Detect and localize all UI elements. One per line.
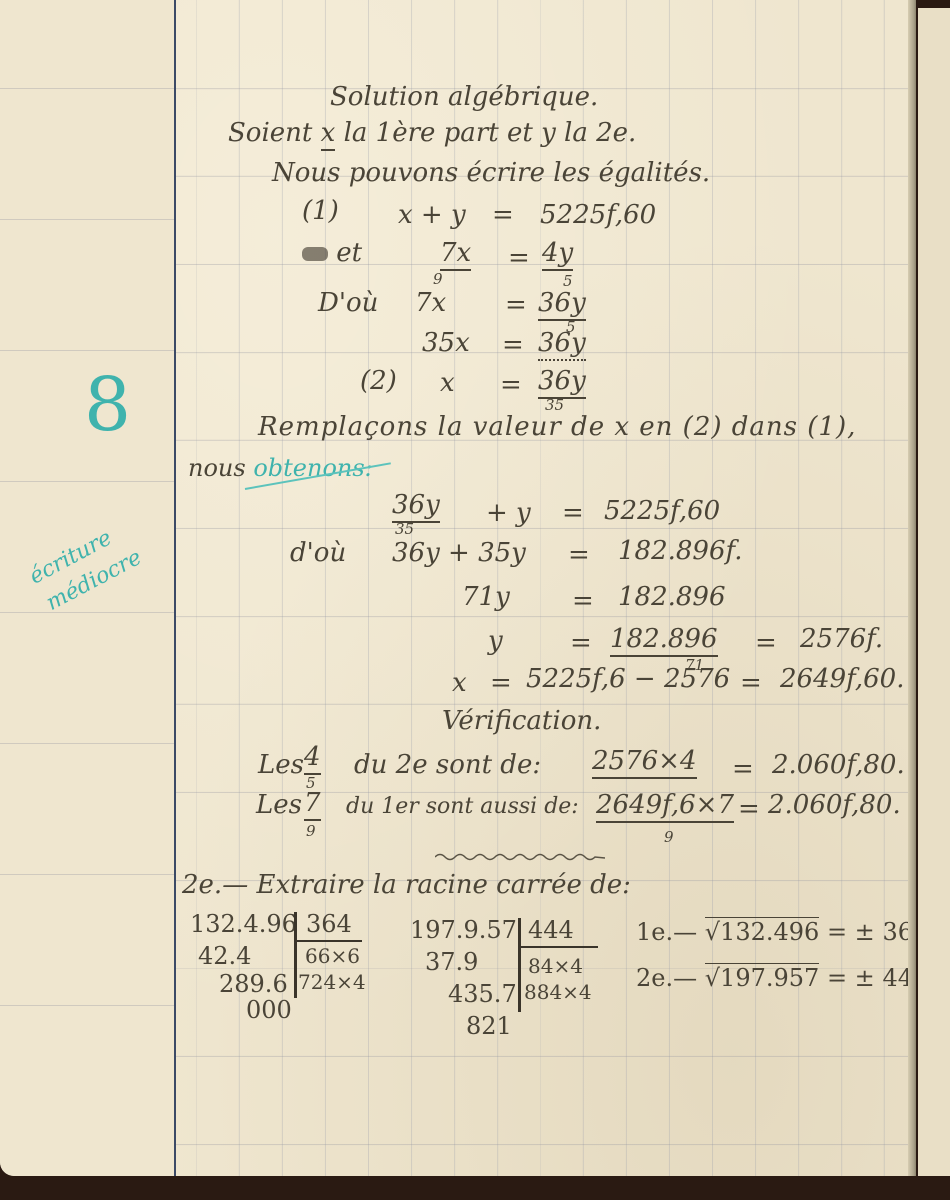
root2-line2: 435.7	[448, 982, 517, 1006]
eqy-num: 182.896	[610, 626, 718, 652]
root1-radicand: 132.4.96	[190, 912, 297, 936]
eq-et-rhs-den: 5	[563, 274, 573, 289]
eqy-eq: =	[570, 630, 592, 656]
result2: 2e.— √197.957 = ± 444	[636, 966, 916, 990]
scribbled-out-mark	[302, 247, 328, 261]
subst-rhs: 5225f,60	[604, 498, 720, 524]
eq-35x-rhs: 36y	[538, 330, 586, 356]
subst-plus: + y	[486, 500, 531, 526]
eqy-result: 2576f.	[800, 626, 883, 652]
root1-line2: 289.6	[219, 972, 288, 996]
dou2-rhs: 182.896f.	[618, 538, 742, 564]
result2-radical: √197.957	[705, 963, 820, 992]
eqy-eq2: =	[755, 630, 777, 656]
eq71-eq: =	[572, 588, 594, 614]
eq-et-rhs: 4y	[542, 240, 573, 266]
verif-row2-expr-den: 9	[664, 830, 674, 845]
verif-row2-frac: 7	[304, 790, 321, 816]
eq-et-lhs: 7x	[440, 240, 471, 266]
eq-dou-label: D'où	[318, 290, 378, 316]
eqx-lhs: x	[452, 670, 467, 696]
verif-row2-text: du 1er sont aussi de:	[346, 796, 579, 818]
eq2-lhs: x	[440, 370, 455, 396]
root2-trial1: 84×4	[528, 956, 583, 976]
eqx-eq2: =	[740, 670, 762, 696]
result1-radical: √132.496	[705, 917, 820, 946]
root2-radicand: 197.9.57	[410, 918, 517, 942]
root1-divider-vertical	[294, 912, 297, 998]
eqx-eq: =	[490, 670, 512, 696]
equalities-intro: Nous pouvons écrire les égalités.	[272, 160, 710, 186]
verif-row1-expr: 2576×4	[592, 748, 697, 774]
root2-divider-horizontal	[520, 946, 598, 948]
subst-eq: =	[562, 500, 584, 526]
dou2-eq: =	[568, 542, 590, 568]
result1-eq: = ±	[827, 918, 875, 946]
eq-et-lhs-den: 9	[433, 272, 443, 287]
eq-dou-eq: =	[505, 292, 527, 318]
replace-line1: Remplaçons la valeur de x en (2) dans (1…	[258, 414, 856, 440]
eq1-label: (1)	[302, 198, 339, 224]
binding-fold	[908, 0, 916, 1176]
intro-var-y: y	[541, 118, 556, 148]
eq-et-label: et	[302, 240, 362, 266]
eqx-result: 2649f,60.	[780, 666, 904, 692]
eqx-expr: 5225f,6 − 2576	[526, 666, 730, 692]
verif-row2-result: 2.060f,80.	[768, 792, 901, 818]
dou2-label: d'où	[290, 540, 346, 566]
result1: 1e.— √132.496 = ± 364	[636, 920, 916, 944]
verification-title: Vérification.	[442, 708, 601, 734]
replace-line2: nous obtenons:	[188, 456, 373, 480]
verif-row2-expr: 2649f,6×7	[596, 792, 734, 818]
eq2-rhs-den: 35	[545, 398, 564, 413]
subst-lhs: 36y	[392, 492, 440, 518]
subst-lhs-den: 35	[395, 522, 414, 537]
notebook-page: 8 écriture médiocre Solution algébrique.…	[0, 0, 916, 1176]
verif-row1-frac: 4	[304, 744, 321, 770]
verif-row1-text: du 2e sont de:	[354, 752, 541, 778]
verif-row1-result: 2.060f,80.	[772, 752, 905, 778]
root1-divider-horizontal	[296, 940, 362, 942]
root2-result: 444	[528, 918, 574, 942]
verif-row2-frac-den: 9	[306, 824, 316, 839]
eq1-rhs: 5225f,60	[540, 202, 656, 228]
wavy-divider	[435, 852, 605, 862]
result2-label: 2e.—	[636, 964, 697, 992]
eqy-lhs: y	[488, 628, 503, 654]
section-title: Solution algébrique.	[330, 84, 598, 110]
eq2-eq: =	[500, 372, 522, 398]
root1-line3: 000	[246, 998, 292, 1022]
intro-prefix: Soient	[228, 118, 312, 148]
eq-35x-eq: =	[502, 332, 524, 358]
root2-divider-vertical	[518, 918, 521, 1012]
dou2-lhs: 36y + 35y	[392, 540, 526, 566]
verif-row2-prefix: Les	[256, 792, 302, 818]
root2-line3: 821	[466, 1014, 512, 1038]
root1-line1: 42.4	[198, 944, 251, 968]
section2-heading: 2e.— Extraire la racine carrée de:	[182, 872, 631, 898]
eq1-eq: =	[492, 202, 514, 228]
verif-row1-prefix: Les	[258, 752, 304, 778]
result1-label: 1e.—	[636, 918, 697, 946]
root1-trial2: 724×4	[298, 972, 366, 992]
root1-trial1: 66×6	[305, 946, 360, 966]
result2-eq: = ±	[827, 964, 875, 992]
verif-row2-eq: =	[738, 796, 760, 822]
root1-result: 364	[306, 912, 352, 936]
eq-et-eq: =	[508, 245, 530, 271]
eq71-lhs: 71y	[462, 584, 510, 610]
eq2-label: (2)	[360, 368, 397, 394]
margin-line	[174, 0, 176, 1176]
eq2-rhs: 36y	[538, 368, 586, 394]
eq1-lhs: x + y	[398, 202, 466, 228]
eq71-rhs: 182.896	[618, 584, 726, 610]
root2-line1: 37.9	[425, 950, 478, 974]
adjacent-page-edge	[918, 8, 950, 1176]
intro-var-x: x	[321, 118, 336, 151]
eq-dou-rhs: 36y	[538, 290, 586, 316]
intro-mid: la 1ère part et	[344, 118, 533, 148]
grade-mark: 8	[84, 362, 131, 448]
verif-row1-eq: =	[732, 756, 754, 782]
intro-line: Soient x la 1ère part et y la 2e.	[228, 120, 636, 146]
root2-trial2: 884×4	[524, 982, 592, 1002]
eq-dou-lhs: 7x	[415, 290, 446, 316]
intro-suffix: la 2e.	[564, 118, 636, 148]
eq-35x-lhs: 35x	[422, 330, 470, 356]
